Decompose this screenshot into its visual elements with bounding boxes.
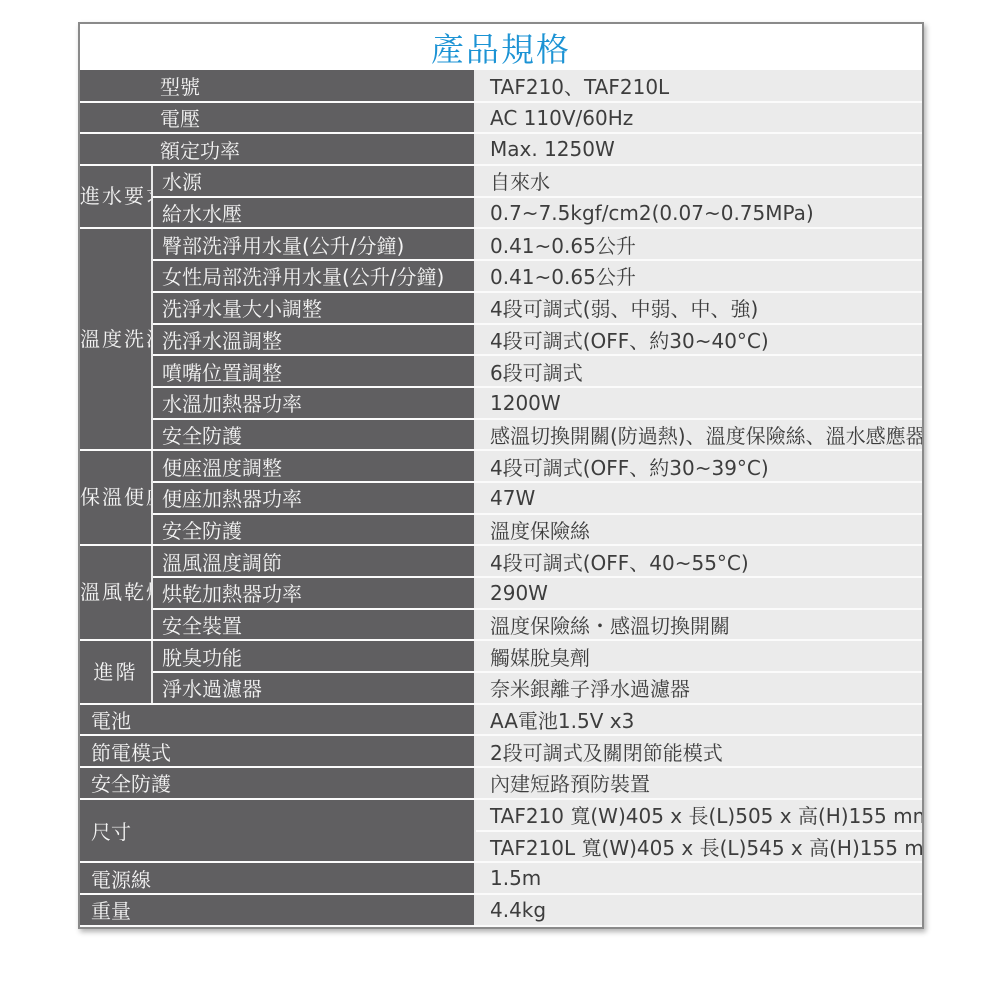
row-label: 水源 [152, 165, 475, 197]
row-value: 6段可調式 [475, 355, 922, 387]
row-label: 烘乾加熱器功率 [152, 577, 475, 609]
row-value: 4段可調式(OFF、約30~40°C) [475, 324, 922, 356]
row-value: 奈米銀離子淨水過濾器 [475, 672, 922, 704]
table-row: 烘乾加熱器功率290W [80, 577, 922, 609]
spec-table: 型號TAF210、TAF210L電壓AC 110V/60Hz額定功率Max. 1… [80, 70, 922, 927]
table-row: 給水水壓0.7~7.5kgf/cm2(0.07~0.75MPa) [80, 197, 922, 229]
row-label: 便座加熱器功率 [152, 482, 475, 514]
row-value: AC 110V/60Hz [475, 102, 922, 134]
row-label: 重量 [80, 894, 475, 926]
row-value: 4段可調式(OFF、40~55°C) [475, 545, 922, 577]
spec-card: 產品規格 型號TAF210、TAF210L電壓AC 110V/60Hz額定功率M… [78, 22, 924, 929]
table-row: 保溫便座便座溫度調整4段可調式(OFF、約30~39°C) [80, 450, 922, 482]
row-value: 1.5m [475, 862, 922, 894]
row-label: 洗淨水量大小調整 [152, 292, 475, 324]
row-label: 型號 [80, 70, 475, 102]
row-label: 給水水壓 [152, 197, 475, 229]
table-row: 額定功率Max. 1250W [80, 133, 922, 165]
row-value: 溫度保險絲・感溫切換開關 [475, 609, 922, 641]
row-label: 電壓 [80, 102, 475, 134]
table-row: 洗淨水量大小調整4段可調式(弱、中弱、中、強) [80, 292, 922, 324]
table-row: 電壓AC 110V/60Hz [80, 102, 922, 134]
table-row: 溫度洗淨臀部洗淨用水量(公升/分鐘)0.41~0.65公升 [80, 228, 922, 260]
group-label: 保溫便座 [80, 450, 152, 545]
table-row: 型號TAF210、TAF210L [80, 70, 922, 102]
table-row: 溫風乾燥溫風溫度調節4段可調式(OFF、40~55°C) [80, 545, 922, 577]
row-value: 1200W [475, 387, 922, 419]
row-value: 0.41~0.65公升 [475, 260, 922, 292]
row-label: 安全防護 [152, 419, 475, 451]
row-label: 溫風溫度調節 [152, 545, 475, 577]
title-bar: 產品規格 [80, 24, 922, 70]
row-label: 安全防護 [152, 514, 475, 546]
row-value: 自來水 [475, 165, 922, 197]
table-row: 便座加熱器功率47W [80, 482, 922, 514]
row-label: 節電模式 [80, 735, 475, 767]
row-label: 安全裝置 [152, 609, 475, 641]
row-label: 電源線 [80, 862, 475, 894]
group-label: 進水要求 [80, 165, 152, 228]
row-label: 便座溫度調整 [152, 450, 475, 482]
table-row: 電池AA電池1.5V x3 [80, 704, 922, 736]
table-row: 安全裝置溫度保險絲・感溫切換開關 [80, 609, 922, 641]
row-value: 4段可調式(弱、中弱、中、強) [475, 292, 922, 324]
row-value: 0.41~0.65公升 [475, 228, 922, 260]
row-value: 290W [475, 577, 922, 609]
row-label: 脫臭功能 [152, 640, 475, 672]
table-row: 電源線1.5m [80, 862, 922, 894]
row-label: 電池 [80, 704, 475, 736]
table-row: 進階脫臭功能觸媒脫臭劑 [80, 640, 922, 672]
page-title: 產品規格 [431, 24, 571, 71]
table-row: 女性局部洗淨用水量(公升/分鐘)0.41~0.65公升 [80, 260, 922, 292]
table-row: 節電模式2段可調式及關閉節能模式 [80, 735, 922, 767]
row-value: 觸媒脫臭劑 [475, 640, 922, 672]
spec-table-body: 型號TAF210、TAF210L電壓AC 110V/60Hz額定功率Max. 1… [80, 70, 922, 926]
row-value: TAF210L 寬(W)405 x 長(L)545 x 高(H)155 mm [475, 831, 922, 863]
row-value: 感溫切換開關(防過熱)、溫度保險絲、溫水感應器 [475, 419, 922, 451]
table-row: 安全防護內建短路預防裝置 [80, 767, 922, 799]
row-label: 洗淨水溫調整 [152, 324, 475, 356]
row-value: 47W [475, 482, 922, 514]
group-label: 溫度洗淨 [80, 228, 152, 450]
row-value: AA電池1.5V x3 [475, 704, 922, 736]
row-label: 尺寸 [80, 799, 475, 862]
row-label: 水溫加熱器功率 [152, 387, 475, 419]
row-label: 額定功率 [80, 133, 475, 165]
row-label: 淨水過濾器 [152, 672, 475, 704]
row-label: 噴嘴位置調整 [152, 355, 475, 387]
table-row: 噴嘴位置調整6段可調式 [80, 355, 922, 387]
row-value: 4段可調式(OFF、約30~39°C) [475, 450, 922, 482]
group-label: 溫風乾燥 [80, 545, 152, 640]
row-value: 溫度保險絲 [475, 514, 922, 546]
row-value: TAF210 寬(W)405 x 長(L)505 x 高(H)155 mm [475, 799, 922, 831]
row-value: 2段可調式及關閉節能模式 [475, 735, 922, 767]
row-label: 臀部洗淨用水量(公升/分鐘) [152, 228, 475, 260]
row-label: 女性局部洗淨用水量(公升/分鐘) [152, 260, 475, 292]
row-value: 4.4kg [475, 894, 922, 926]
group-label: 進階 [80, 640, 152, 703]
table-row: 安全防護溫度保險絲 [80, 514, 922, 546]
row-label: 安全防護 [80, 767, 475, 799]
table-row: 水溫加熱器功率1200W [80, 387, 922, 419]
row-value: TAF210、TAF210L [475, 70, 922, 102]
table-row: 進水要求水源自來水 [80, 165, 922, 197]
table-row: 重量4.4kg [80, 894, 922, 926]
table-row: 淨水過濾器奈米銀離子淨水過濾器 [80, 672, 922, 704]
table-row: 尺寸TAF210 寬(W)405 x 長(L)505 x 高(H)155 mm [80, 799, 922, 831]
row-value: 內建短路預防裝置 [475, 767, 922, 799]
table-row: 洗淨水溫調整4段可調式(OFF、約30~40°C) [80, 324, 922, 356]
table-row: 安全防護感溫切換開關(防過熱)、溫度保險絲、溫水感應器 [80, 419, 922, 451]
row-value: Max. 1250W [475, 133, 922, 165]
row-value: 0.7~7.5kgf/cm2(0.07~0.75MPa) [475, 197, 922, 229]
